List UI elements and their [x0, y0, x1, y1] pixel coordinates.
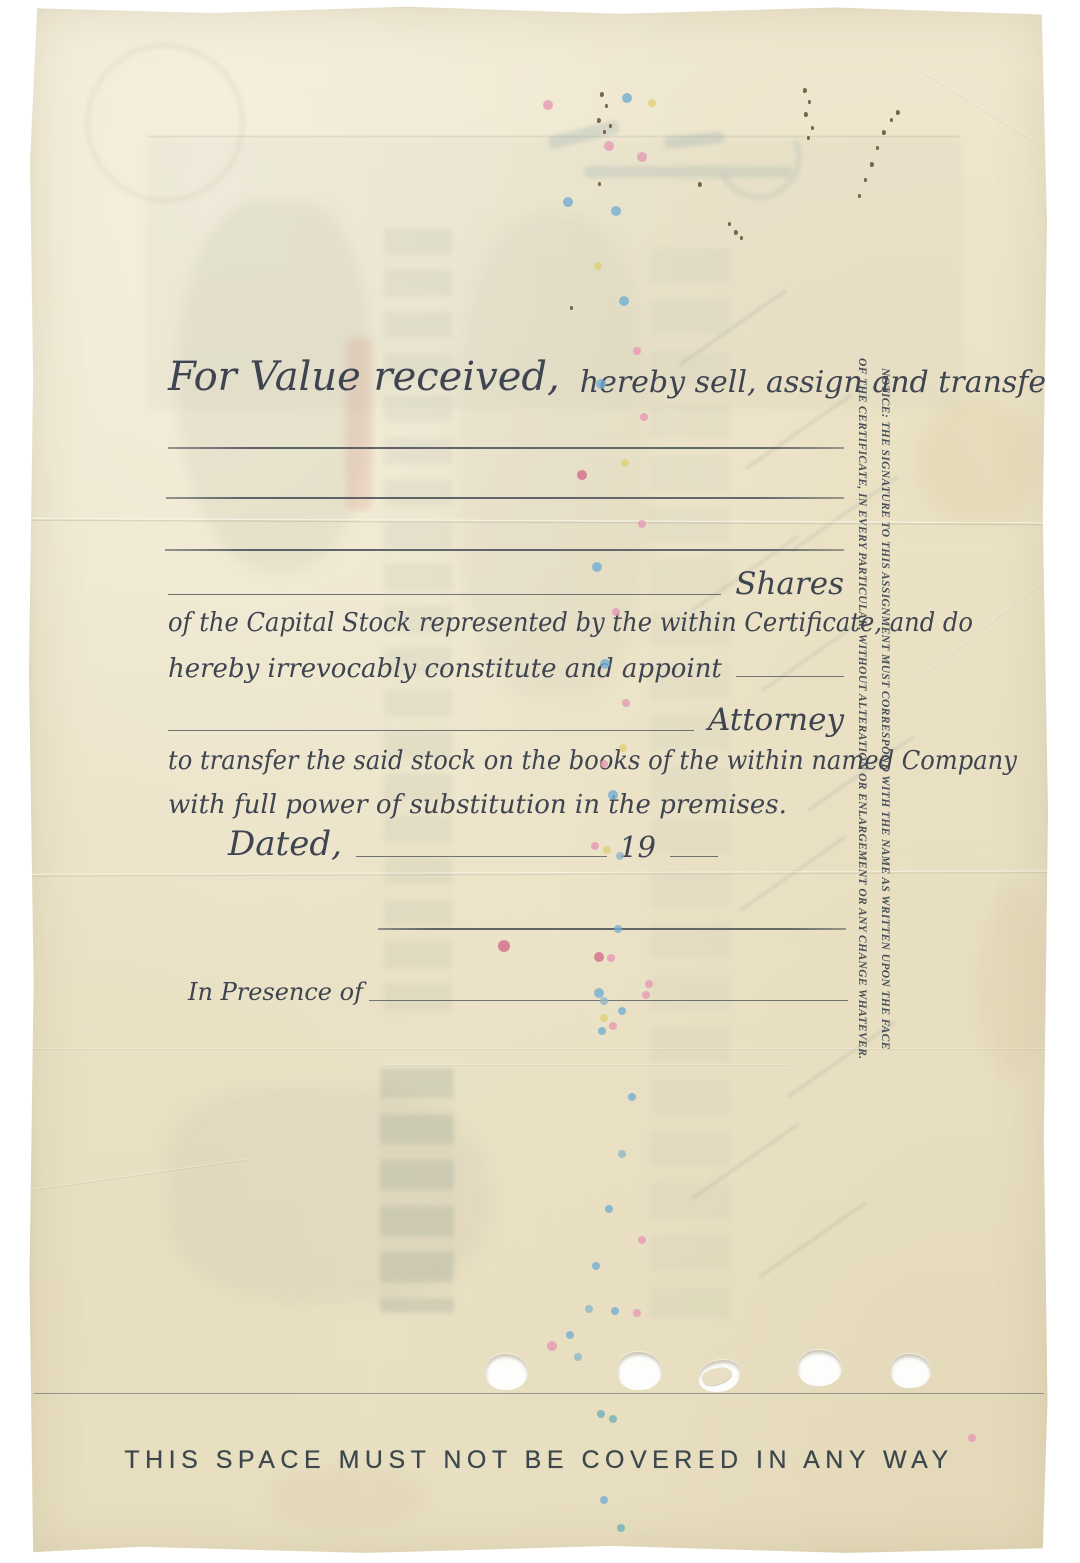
confetti-dot [600, 1496, 608, 1504]
dated-row: Dated, 19 [228, 824, 718, 864]
certificate-back-paper: For Value received, hereby sell, assign … [28, 6, 1050, 1556]
confetti-dot [566, 1331, 574, 1339]
punch-hole [618, 1352, 662, 1390]
opening-continuation: hereby sell, assign and transfer unto [580, 365, 1080, 400]
confetti-dot [597, 1410, 605, 1418]
blank-write-in-line [165, 549, 844, 551]
fold-crease [388, 1064, 788, 1066]
signature-line [378, 928, 846, 930]
shares-label: Shares [735, 566, 844, 602]
confetti-dot [604, 141, 614, 151]
confetti-dot [638, 520, 646, 528]
paper-stain [978, 886, 1048, 1076]
punch-hole [486, 1354, 528, 1390]
scanned-stock-certificate-back: { "text": { "opening_phrase": "For Value… [0, 0, 1080, 1563]
confetti-dot [594, 262, 602, 270]
foxing-speck [570, 306, 573, 310]
confetti-dot [609, 1415, 617, 1423]
dated-blank-line [356, 856, 607, 857]
embossed-seal-impression [86, 44, 244, 202]
fold-crease [28, 1048, 1050, 1050]
confetti-dot [607, 954, 615, 962]
corner-crease [914, 66, 1076, 168]
notice-line-1: NOTICE: THE SIGNATURE TO THIS ASSIGNMENT… [873, 352, 896, 1066]
foxing-speck [890, 118, 893, 122]
dated-label: Dated, [228, 824, 342, 864]
faded-stamp-mark [547, 119, 620, 149]
confetti-dot [619, 296, 629, 306]
punch-hole [798, 1350, 842, 1386]
appoint-row: hereby irrevocably constitute and appoin… [168, 654, 844, 684]
confetti-dot [609, 1022, 617, 1030]
bleedthrough-title-column [650, 248, 730, 1318]
confetti-dot [628, 1093, 636, 1101]
confetti-dot [605, 1205, 613, 1213]
appoint-line: hereby irrevocably constitute and appoin… [168, 654, 722, 684]
bleedthrough-handwriting [691, 1123, 799, 1200]
paper-stain [918, 396, 1038, 526]
confetti-dot [600, 1014, 608, 1022]
assignment-opening-row: For Value received, hereby sell, assign … [168, 354, 844, 400]
attorney-name-blank [736, 676, 844, 677]
confetti-dot [498, 940, 510, 952]
year-prefix: 19 [619, 830, 656, 864]
bottom-rule [34, 1393, 1044, 1394]
confetti-dot [618, 1007, 626, 1015]
foxing-speck [807, 136, 810, 140]
witness-blank-line [369, 1000, 848, 1001]
confetti-dot [563, 197, 573, 207]
paper-stain [268, 1466, 428, 1526]
foxing-speck [603, 130, 606, 134]
attorney-label: Attorney [708, 702, 844, 738]
blank-write-in-line [168, 447, 844, 449]
bleedthrough-handwriting [759, 1201, 867, 1278]
confetti-dot [574, 1353, 582, 1361]
confetti-dot [602, 1548, 610, 1556]
confetti-dot [968, 1434, 976, 1442]
blank-write-in-line [166, 497, 844, 499]
confetti-dot [592, 1262, 600, 1270]
foxing-speck [597, 118, 601, 123]
confetti-dot [611, 206, 621, 216]
foxing-speck [870, 162, 874, 167]
confetti-dot [598, 1027, 606, 1035]
foxing-speck [811, 126, 814, 130]
edge-crease [920, 535, 1080, 678]
punch-hole [891, 1354, 931, 1388]
substitution-line: with full power of substitution in the p… [168, 790, 787, 820]
confetti-dot [633, 1309, 641, 1317]
do-not-cover-warning: THIS SPACE MUST NOT BE COVERED IN ANY WA… [28, 1446, 1050, 1475]
confetti-dot [617, 1524, 625, 1532]
fold-crease [28, 870, 1050, 877]
shares-row: Shares [168, 566, 844, 602]
foxing-speck [609, 124, 612, 128]
foxing-speck [808, 100, 811, 104]
foxing-speck [882, 130, 886, 135]
foxing-speck [896, 110, 900, 115]
year-blank-line [670, 856, 718, 857]
foxing-speck [858, 194, 861, 198]
faded-stamp-mark [584, 166, 792, 178]
confetti-dot [585, 1305, 593, 1313]
confetti-dot [543, 100, 553, 110]
fold-crease [28, 518, 1050, 525]
bleedthrough-handwriting [745, 393, 853, 470]
foxing-speck [734, 230, 738, 235]
confetti-dot [611, 1307, 619, 1315]
faded-stamp-mark [664, 131, 725, 149]
confetti-dot [618, 1150, 626, 1158]
bleedthrough-title-column [380, 1068, 454, 1313]
attorney-blank-line [168, 730, 694, 731]
witness-label: In Presence of [188, 978, 363, 1006]
shares-blank-line [168, 594, 721, 595]
faded-stamp-mark [704, 102, 814, 212]
confetti-dot [637, 152, 647, 162]
foxing-speck [740, 236, 743, 240]
foxing-speck [598, 182, 601, 186]
foxing-speck [864, 178, 867, 182]
confetti-dot [648, 99, 656, 107]
confetti-dot [622, 93, 632, 103]
punch-hole [698, 1360, 740, 1392]
foxing-speck [728, 222, 731, 226]
foxing-speck [804, 112, 808, 117]
bleedthrough-handwriting [739, 835, 847, 912]
opening-phrase: For Value received, [168, 354, 560, 400]
bleedthrough-border-line [148, 136, 960, 137]
confetti-dot [594, 952, 604, 962]
foxing-speck [698, 182, 702, 187]
confetti-dot [638, 1236, 646, 1244]
foxing-speck [600, 92, 604, 97]
foxing-speck [876, 146, 879, 150]
confetti-dot [640, 413, 648, 421]
witness-row: In Presence of [188, 978, 848, 1006]
foxing-speck [605, 104, 608, 108]
notice-line-2: OF THE CERTIFICATE, IN EVERY PARTICULAR,… [850, 352, 873, 1066]
corner-crease [29, 1159, 247, 1192]
confetti-dot [577, 470, 587, 480]
bleedthrough-ornament [168, 1086, 488, 1301]
confetti-dot [547, 1341, 557, 1351]
confetti-dot [621, 459, 629, 467]
attorney-row: Attorney [168, 702, 844, 738]
foxing-speck [803, 88, 807, 93]
signature-notice: NOTICE: THE SIGNATURE TO THIS ASSIGNMENT… [846, 352, 896, 1066]
